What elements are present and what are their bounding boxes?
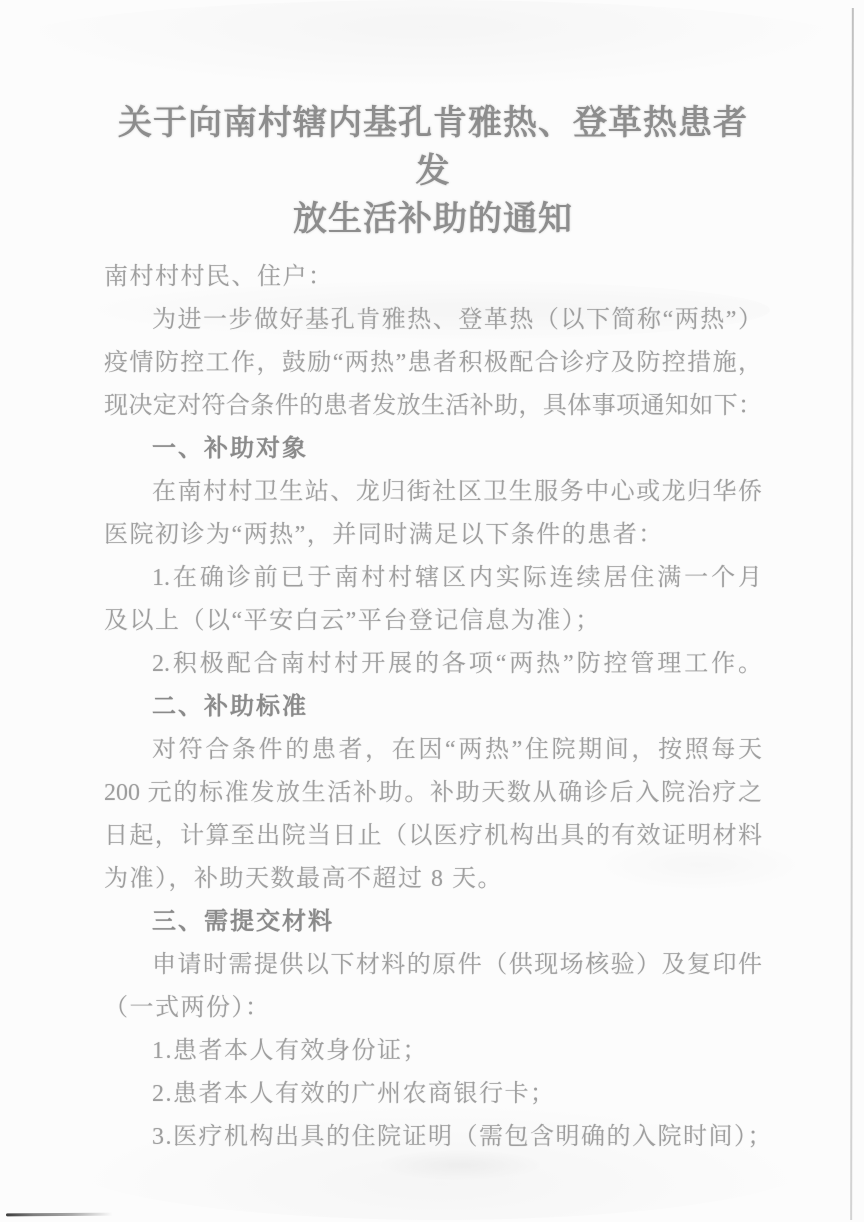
doc-line: 医院初诊为“两热”，并同时满足以下条件的患者：	[104, 514, 762, 557]
doc-line: 1.在确诊前已于南村村辖区内实际连续居住满一个月	[104, 557, 762, 600]
scan-stroke-artifact	[6, 1213, 116, 1217]
doc-line: 疫情防控工作，鼓励“两热”患者积极配合诊疗及防控措施，	[104, 342, 762, 385]
doc-line: （一式两份）：	[104, 987, 762, 1030]
doc-line: 2.患者本人有效的广州农商银行卡；	[104, 1073, 762, 1116]
doc-line: 现决定对符合条件的患者发放生活补助，具体事项通知如下：	[104, 385, 762, 428]
section-heading: 二、补助标准	[104, 686, 762, 729]
title-line-2: 放生活补助的通知	[104, 196, 762, 244]
section-heading: 三、需提交材料	[104, 901, 762, 944]
doc-line: 对符合条件的患者，在因“两热”住院期间，按照每天	[104, 729, 762, 772]
document-body: 关于向南村辖内基孔肯雅热、登革热患者发 放生活补助的通知 南村村村民、住户： 为…	[104, 100, 762, 1159]
document-title: 关于向南村辖内基孔肯雅热、登革热患者发 放生活补助的通知	[104, 100, 762, 244]
doc-line: 及以上（以“平安白云”平台登记信息为准）；	[104, 600, 762, 643]
title-line-1: 关于向南村辖内基孔肯雅热、登革热患者发	[104, 100, 762, 196]
scan-edge-line	[850, 8, 854, 1220]
document-text: 南村村村民、住户： 为进一步做好基孔肯雅热、登革热（以下简称“两热”） 疫情防控…	[104, 256, 762, 1159]
scan-smudge	[0, 0, 860, 90]
doc-line: 为准），补助天数最高不超过 8 天。	[104, 858, 762, 901]
doc-line: 日起，计算至出院当日止（以医疗机构出具的有效证明材料	[104, 815, 762, 858]
doc-line: 3.医疗机构出具的住院证明（需包含明确的入院时间）；	[104, 1116, 762, 1159]
doc-line: 1.患者本人有效身份证；	[104, 1030, 762, 1073]
doc-line: 200 元的标准发放生活补助。补助天数从确诊后入院治疗之	[104, 772, 762, 815]
section-heading: 一、补助对象	[104, 428, 762, 471]
doc-line: 为进一步做好基孔肯雅热、登革热（以下简称“两热”）	[104, 299, 762, 342]
scanned-notice-page: 关于向南村辖内基孔肯雅热、登革热患者发 放生活补助的通知 南村村村民、住户： 为…	[0, 0, 864, 1222]
doc-line: 在南村村卫生站、龙归街社区卫生服务中心或龙归华侨	[104, 471, 762, 514]
doc-line: 申请时需提供以下材料的原件（供现场核验）及复印件	[104, 944, 762, 987]
salutation: 南村村村民、住户：	[104, 256, 762, 299]
doc-line: 2.积极配合南村村开展的各项“两热”防控管理工作。	[104, 643, 762, 686]
